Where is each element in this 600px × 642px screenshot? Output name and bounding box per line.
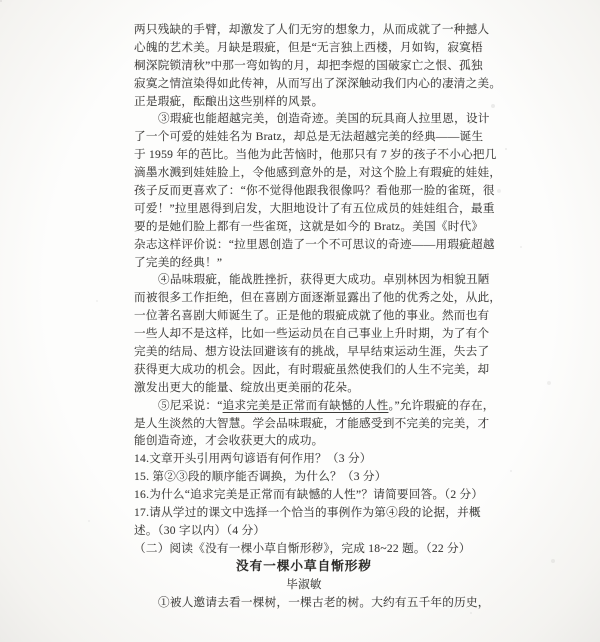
text-line: ③瑕疵也能超越完美，创造奇迹。美国的玩具商人拉里恩，设计 [134, 110, 474, 128]
text-line: 16.为什么“追求完美是正常而有缺憾的人性”？请简要回答。（2 分） [134, 486, 474, 504]
text-line: 寂寞之情渲染得如此传神，从而写出了深深触动我们内心的凄清之美。 [134, 75, 474, 93]
text-line: 了完美的经典！” [134, 254, 474, 272]
text-column: 两只残缺的手臂，却激发了人们无穷的想象力，从而成就了一种撼人心魄的艺术美。月缺是… [134, 21, 474, 611]
text-line: 毕淑敏 [134, 576, 474, 594]
scan-noise-speckles [0, 0, 2, 2]
text-segment: ⑤尼采说：“ [158, 399, 223, 412]
text-line: 能创造奇迹，才会收获更大的成功。 [134, 432, 474, 450]
text-line: 于 1959 年的芭比。当他为此苦恼时，他那只有 7 岁的孩子不小心把几 [134, 146, 474, 164]
text-line: 一些人却不是这样，比如一些运动员在自己事业上升时期，为了有个 [134, 325, 474, 343]
text-line: 14.文章开头引用两句谚语有何作用？（3 分） [134, 450, 474, 468]
text-line: 是人生淡然的大智慧。学会品味瑕疵，才能感受到不完美的完美，才 [134, 415, 474, 433]
text-line: 一位著名喜剧大师诞生了。正是他的瑕疵成就了他的事业。然而也有 [134, 307, 474, 325]
text-line: ④品味瑕疵，能战胜挫折，获得更大成功。卓别林因为相貌丑陋 [134, 271, 474, 289]
text-line: 正是瑕疵，酝酿出这些别样的风景。 [134, 93, 474, 111]
text-line: 完美的结局、想方设法回避该有的挑战，早早结束运动生涯，失去了 [134, 343, 474, 361]
text-line: 杂志这样评价说：“拉里恩创造了一个不可思议的奇迹——用瑕疵超越 [134, 236, 474, 254]
text-line: 而被很多工作拒绝，但在喜剧方面逐渐显露出了他的优秀之处，从此， [134, 289, 474, 307]
text-line: 述。（30 字以内）（4 分） [134, 522, 474, 540]
text-line: ⑤尼采说：“追求完美是正常而有缺憾的人性。”允许瑕疵的存在， [134, 397, 474, 415]
underlined-phrase: 追求完美是正常而有缺憾的人性 [223, 399, 389, 412]
text-line: 两只残缺的手臂，却激发了人们无穷的想象力，从而成就了一种撼人 [134, 21, 474, 39]
text-line: 滴墨水溅到娃娃脸上，令他感到意外的是，对这个脸上有瑕疵的娃娃， [134, 164, 474, 182]
text-line: 孩子反而更喜欢了：“你不觉得他跟我很像吗？看他那一脸的雀斑，很 [134, 182, 474, 200]
text-line: 没有一棵小草自惭形秽 [134, 558, 474, 576]
text-line: 激发出更大的能量、绽放出更美丽的花朵。 [134, 379, 474, 397]
text-line: 心魄的艺术美。月缺是瑕疵，但是“无言独上西楼，月如钩，寂寞梧 [134, 39, 474, 57]
text-line: ①被人邀请去看一棵树，一棵古老的树。大约有五千年的历史， [134, 594, 474, 612]
text-segment: 。”允许瑕疵的存在， [388, 399, 494, 412]
text-line: 了一个可爱的娃娃名为 Bratz，却总是无法超越完美的经典——诞生 [134, 128, 474, 146]
text-line: 17.请从学过的课文中选择一个恰当的事例作为第④段的论据，并概 [134, 504, 474, 522]
text-line: 15. 第②③段的顺序能否调换，为什么？（3 分） [134, 468, 474, 486]
text-line: 可爱！”拉里恩得到启发，大胆地设计了有五位成员的娃娃组合，最重 [134, 200, 474, 218]
text-line: 桐深院锁清秋”中那一弯如钩的月，却把李煜的国破家亡之恨、孤独 [134, 57, 474, 75]
text-line: 要的是她们脸上都有一些雀斑，这就是如今的 Bratz。美国《时代》 [134, 218, 474, 236]
text-line: 获得更大成功的机会。因此，有时瑕疵虽然使我们的人生不完美，却 [134, 361, 474, 379]
text-line: （二）阅读《没有一棵小草自惭形秽》，完成 18~22 题。（22 分） [134, 540, 474, 558]
